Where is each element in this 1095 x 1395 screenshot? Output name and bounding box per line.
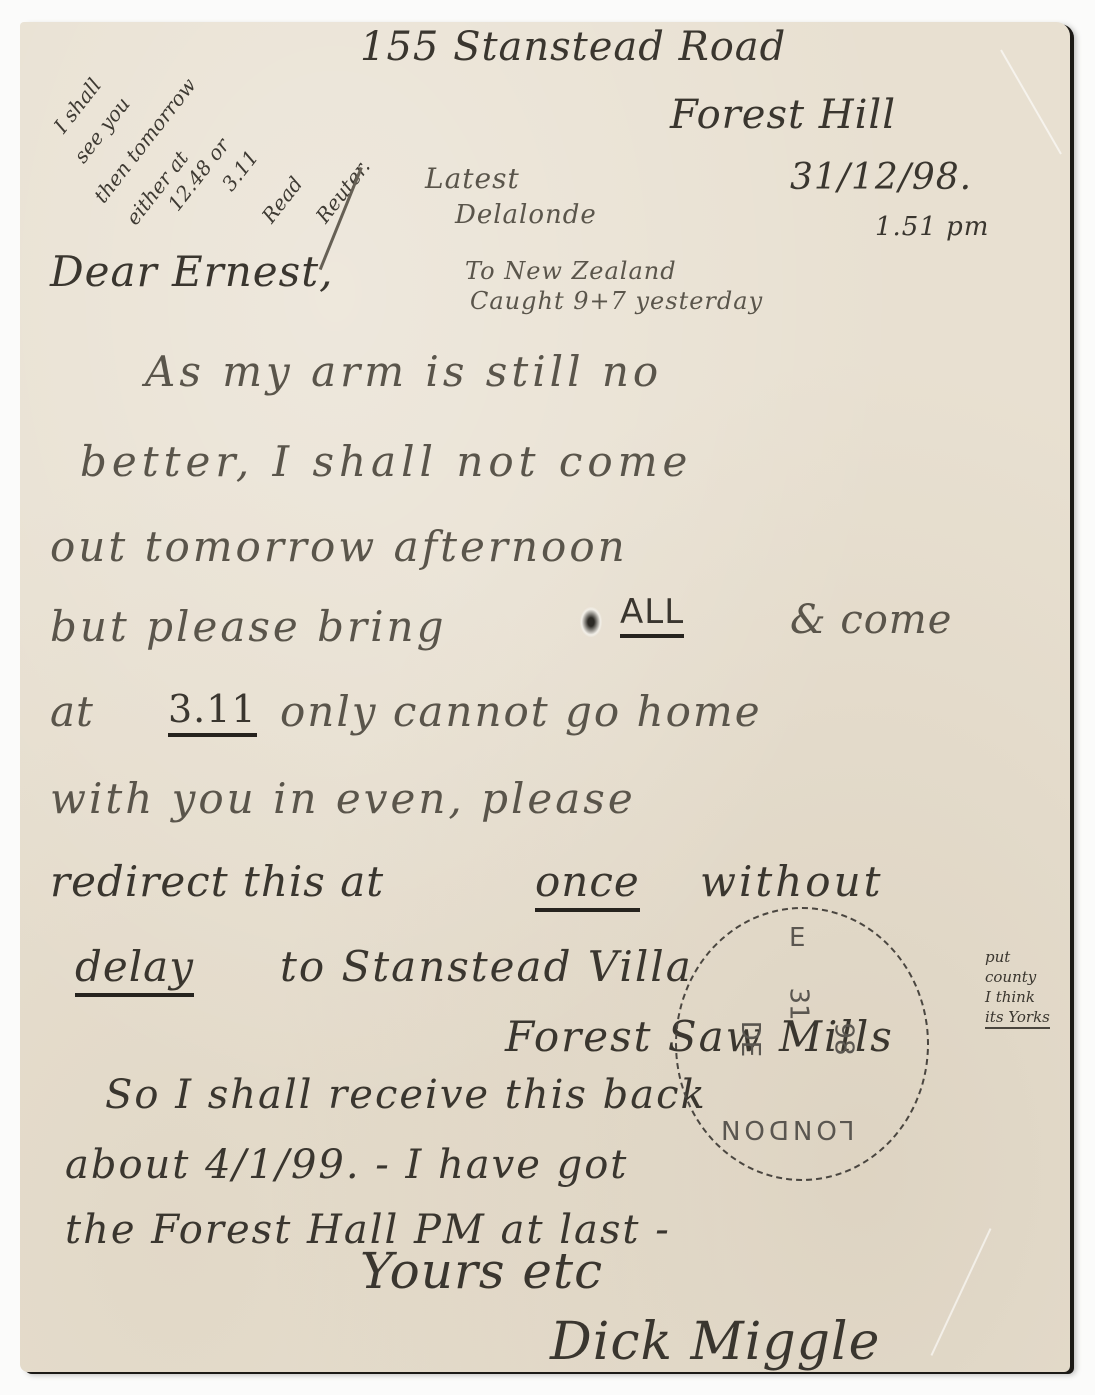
address-line-1: 155 Stanstead Road bbox=[360, 24, 786, 70]
aside-line-4: Caught 9+7 yesterday bbox=[470, 287, 763, 315]
body-line: As my arm is still no bbox=[145, 347, 662, 396]
body-line: with you in even, please bbox=[50, 774, 636, 823]
body-line: to Stanstead Villa bbox=[280, 942, 693, 991]
body-line: without bbox=[700, 857, 884, 906]
time-311-underlined: 3.11 bbox=[168, 687, 257, 737]
once-underlined: once bbox=[535, 857, 640, 912]
postmark-city: LONDON bbox=[717, 1114, 854, 1144]
body-line: but please bring bbox=[50, 602, 446, 651]
margin-note-line: Read bbox=[256, 171, 308, 228]
postcard: I shall see you then tomorrow either at … bbox=[20, 22, 1070, 1372]
side-note-line: I think bbox=[985, 987, 1050, 1007]
aside-line-3: To New Zealand bbox=[465, 257, 677, 285]
side-note-line: county bbox=[985, 967, 1050, 987]
closing: Yours etc bbox=[360, 1242, 603, 1300]
all-underlined: ALL bbox=[620, 592, 684, 638]
postmark-year: 98 bbox=[829, 1022, 859, 1055]
side-note-line: put bbox=[985, 947, 1050, 967]
signature: Dick Miggle bbox=[550, 1312, 880, 1372]
emphasis-once: once bbox=[535, 857, 640, 906]
address-line-2: Forest Hill bbox=[670, 92, 896, 138]
body-line: about 4/1/99. - I have got bbox=[65, 1142, 628, 1188]
crease bbox=[1000, 50, 1062, 155]
aside-line-2: Delalonde bbox=[455, 200, 597, 230]
side-note-line: its Yorks bbox=[985, 1007, 1050, 1029]
delay-underlined: delay bbox=[75, 942, 194, 997]
crease bbox=[931, 1228, 992, 1356]
body-line: at bbox=[50, 687, 94, 736]
body-line: out tomorrow afternoon bbox=[50, 522, 628, 571]
and-come: & come bbox=[790, 597, 952, 643]
postmark-stamp: E DE 31 98 LONDON bbox=[675, 907, 929, 1181]
date: 31/12/98. bbox=[790, 157, 972, 198]
emphasis-delay: delay bbox=[75, 942, 194, 991]
emphasis-time: 3.11 bbox=[168, 687, 257, 731]
body-line: better, I shall not come bbox=[80, 437, 692, 486]
body-line: only cannot go home bbox=[280, 687, 762, 736]
postmark-day: 31 bbox=[784, 987, 814, 1020]
card-puncture bbox=[580, 607, 602, 637]
postmark-district: E bbox=[789, 923, 805, 953]
aside-line-1: Latest bbox=[425, 162, 520, 195]
emphasis-all: ALL bbox=[620, 592, 684, 632]
salutation: Dear Ernest, bbox=[50, 247, 333, 296]
time: 1.51 pm bbox=[875, 212, 989, 242]
postmark-month: DE bbox=[735, 1021, 765, 1057]
body-line: redirect this at bbox=[50, 857, 384, 906]
body-line: So I shall receive this back bbox=[105, 1072, 707, 1118]
side-note: put county I think its Yorks bbox=[985, 947, 1050, 1029]
